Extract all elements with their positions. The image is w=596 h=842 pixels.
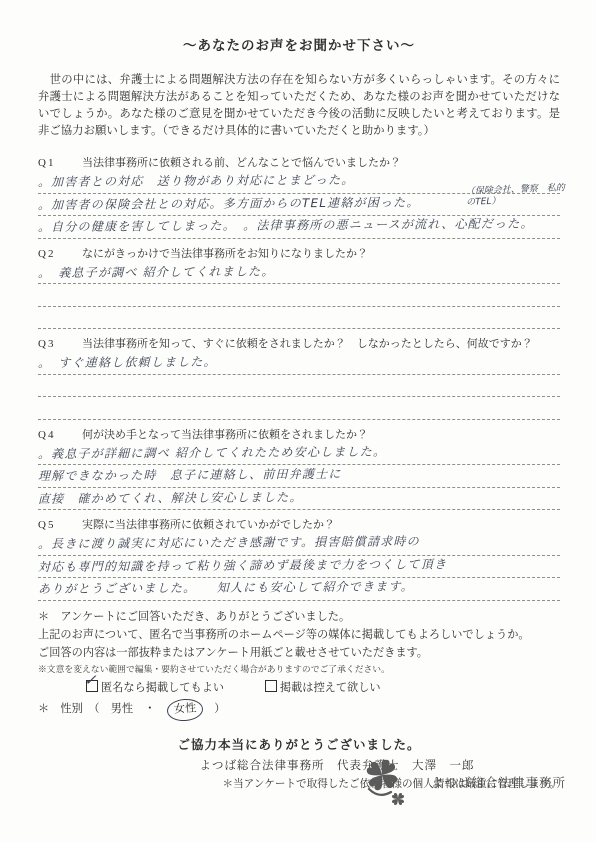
gender-row: ＊ 性別 （ 男性 ・ 女性 ）: [38, 699, 560, 721]
gender-separator: ・: [133, 703, 167, 715]
consent-option-anonymous-ok: ✓匿名なら掲載してもよい: [86, 682, 227, 694]
fine-print-note: ※文意を変えない範囲で編集・要約させていただく場合がありますのでご了承ください。: [38, 662, 560, 676]
checkbox-no-publish[interactable]: [265, 680, 277, 692]
handwritten-answer: ありがとうございました。 知人にも安心して紹介できます。: [38, 576, 414, 600]
handwritten-answer: 。加害者の保険会社との対応。多方面からのTEL連絡が困った。: [38, 192, 420, 216]
handwritten-check-icon: ✓: [84, 672, 97, 690]
question-label: Q4: [38, 427, 82, 443]
question-label: Q3: [38, 336, 82, 352]
answer-line: [38, 307, 560, 330]
answer-line: 対応も専門的知識を持って粘り強く諦めず最後まで力をつくして頂き: [38, 556, 560, 579]
answer-line: ありがとうございました。 知人にも安心して紹介できます。: [38, 578, 560, 601]
consent-options-row: ✓匿名なら掲載してもよい 掲載は控えて欲しい: [86, 679, 560, 697]
question-header: Q2なにがきっかけで当法律事務所をお知りになりましたか？: [38, 246, 560, 262]
answer-line: 直接 確かめてくれ、解決し安心しました。: [38, 488, 560, 511]
clover-icon: [361, 758, 413, 806]
question-q2: Q2なにがきっかけで当法律事務所をお知りになりましたか？ 。 義息子が調べ 紹介…: [38, 246, 560, 330]
consent-option-no-publish: 掲載は控えて欲しい: [265, 682, 381, 694]
handwritten-answer: 。長きに渡り誠実に対応にいただき感謝です。損害賠償請求時の: [38, 531, 420, 555]
gender-prefix: ＊ 性別 （: [38, 703, 111, 715]
footer-thanks-line: ご協力本当にありがとうございました。: [38, 735, 560, 753]
question-q3: Q3当法律事務所を知って、すぐに依頼をされましたか？ しなかったとしたら、何故で…: [38, 336, 560, 420]
gender-close: ）: [203, 703, 225, 715]
handwritten-answer: 。義息子が詳細に調べ 紹介してくれたため安心しました。: [38, 441, 386, 465]
firm-logo-row: よつば総合法律事務所: [361, 758, 566, 806]
question-label: Q5: [38, 517, 82, 533]
answer-line: 。加害者の保険会社との対応。多方面からのTEL連絡が困った。 （保険会社、警察 …: [38, 194, 560, 217]
checkbox-anonymous-ok[interactable]: ✓: [86, 680, 98, 692]
handwritten-answer: 直接 確かめてくれ、解決し安心しました。: [38, 487, 303, 510]
question-q4: Q4何が決め手となって当法律事務所に依頼をされましたか？ 。義息子が詳細に調べ …: [38, 427, 560, 511]
page-title: 〜あなたのお声をお聞かせ下さい〜: [38, 34, 560, 54]
survey-thanks-note: ＊ アンケートにご回答いただき、ありがとうございました。: [38, 608, 560, 626]
question-q5: Q5実際に当法律事務所に依頼されていかがでしたか？ 。長きに渡り誠実に対応にいた…: [38, 517, 560, 601]
publish-request-line: 上記のお声について、匿名で当事務所のホームページ等の媒体に掲載してもよろしいでし…: [38, 626, 560, 644]
question-text: 何が決め手となって当法律事務所に依頼をされましたか？: [82, 429, 368, 441]
answer-line: 。 すぐ連絡し依頼しました。: [38, 352, 560, 375]
question-header: Q5実際に当法律事務所に依頼されていかがでしたか？: [38, 517, 560, 533]
survey-scan-page: 〜あなたのお声をお聞かせ下さい〜 世の中には、弁護士による問題解決方法の存在を知…: [0, 0, 596, 842]
question-label: Q2: [38, 246, 82, 262]
closing-notes: ＊ アンケートにご回答いただき、ありがとうございました。 上記のお声について、匿…: [38, 608, 560, 721]
handwritten-answer: 。自分の健康を害してしまった。 。法律事務所の悪ニュースが流れ、心配だった。: [38, 214, 534, 239]
handwritten-answer: 。加害者との対応 送り物があり対応にとまどった。: [38, 170, 355, 194]
gender-option-female: 女性: [173, 702, 196, 716]
consent-option-label: 匿名なら掲載してもよい: [101, 682, 224, 694]
answer-line: [38, 284, 560, 307]
answer-line: 。義息子が詳細に調べ 紹介してくれたため安心しました。: [38, 443, 560, 466]
handwritten-answer: 。 義息子が調べ 紹介してくれました。: [38, 261, 275, 284]
answer-line: 。自分の健康を害してしまった。 。法律事務所の悪ニュースが流れ、心配だった。: [38, 216, 560, 239]
question-label: Q1: [38, 155, 82, 171]
intro-paragraph: 世の中には、弁護士による問題解決方法の存在を知らない方が多くいらっしゃいます。そ…: [38, 72, 560, 140]
question-text: 実際に当法律事務所に依頼されていかがでしたか？: [82, 519, 335, 531]
gender-option-male[interactable]: 男性: [111, 703, 133, 715]
handwritten-answer: 理解できなかった時 息子に連絡し、前田弁護士に: [38, 464, 342, 488]
handwritten-answer: 。 すぐ連絡し依頼しました。: [38, 352, 217, 375]
question-text: 当法律事務所に依頼される前、どんなことで悩んでいましたか？: [82, 157, 401, 169]
answer-line: [38, 375, 560, 398]
consent-option-label: 掲載は控えて欲しい: [280, 682, 381, 694]
handwritten-answer: 対応も専門的知識を持って粘り強く諦めず最後まで力をつくして頂き: [38, 554, 447, 578]
question-header: Q3当法律事務所を知って、すぐに依頼をされましたか？ しなかったとしたら、何故で…: [38, 336, 560, 352]
question-header: Q4何が決め手となって当法律事務所に依頼をされましたか？: [38, 427, 560, 443]
answer-line: 。 義息子が調べ 紹介してくれました。: [38, 262, 560, 285]
handwritten-margin-note: （保険会社、警察 私的のTEL）: [466, 183, 571, 208]
question-text: 当法律事務所を知って、すぐに依頼をされましたか？ しなかったとしたら、何故ですか…: [82, 338, 533, 350]
question-text: なにがきっかけで当法律事務所をお知りになりましたか？: [82, 248, 368, 260]
gender-option-female-circled[interactable]: 女性: [166, 697, 204, 721]
publish-detail-line: ご回答の内容は一部抜粋またはアンケート用紙ごと載せさせていただきます。: [38, 644, 560, 662]
question-q1: Q1当法律事務所に依頼される前、どんなことで悩んでいましたか？ 。加害者との対応…: [38, 155, 560, 239]
answer-line: 理解できなかった時 息子に連絡し、前田弁護士に: [38, 465, 560, 488]
question-header: Q1当法律事務所に依頼される前、どんなことで悩んでいましたか？: [38, 155, 560, 171]
answer-line: [38, 397, 560, 420]
answer-line: 。長きに渡り誠実に対応にいただき感謝です。損害賠償請求時の: [38, 533, 560, 556]
firm-logo-text: よつば総合法律事務所: [431, 773, 566, 791]
